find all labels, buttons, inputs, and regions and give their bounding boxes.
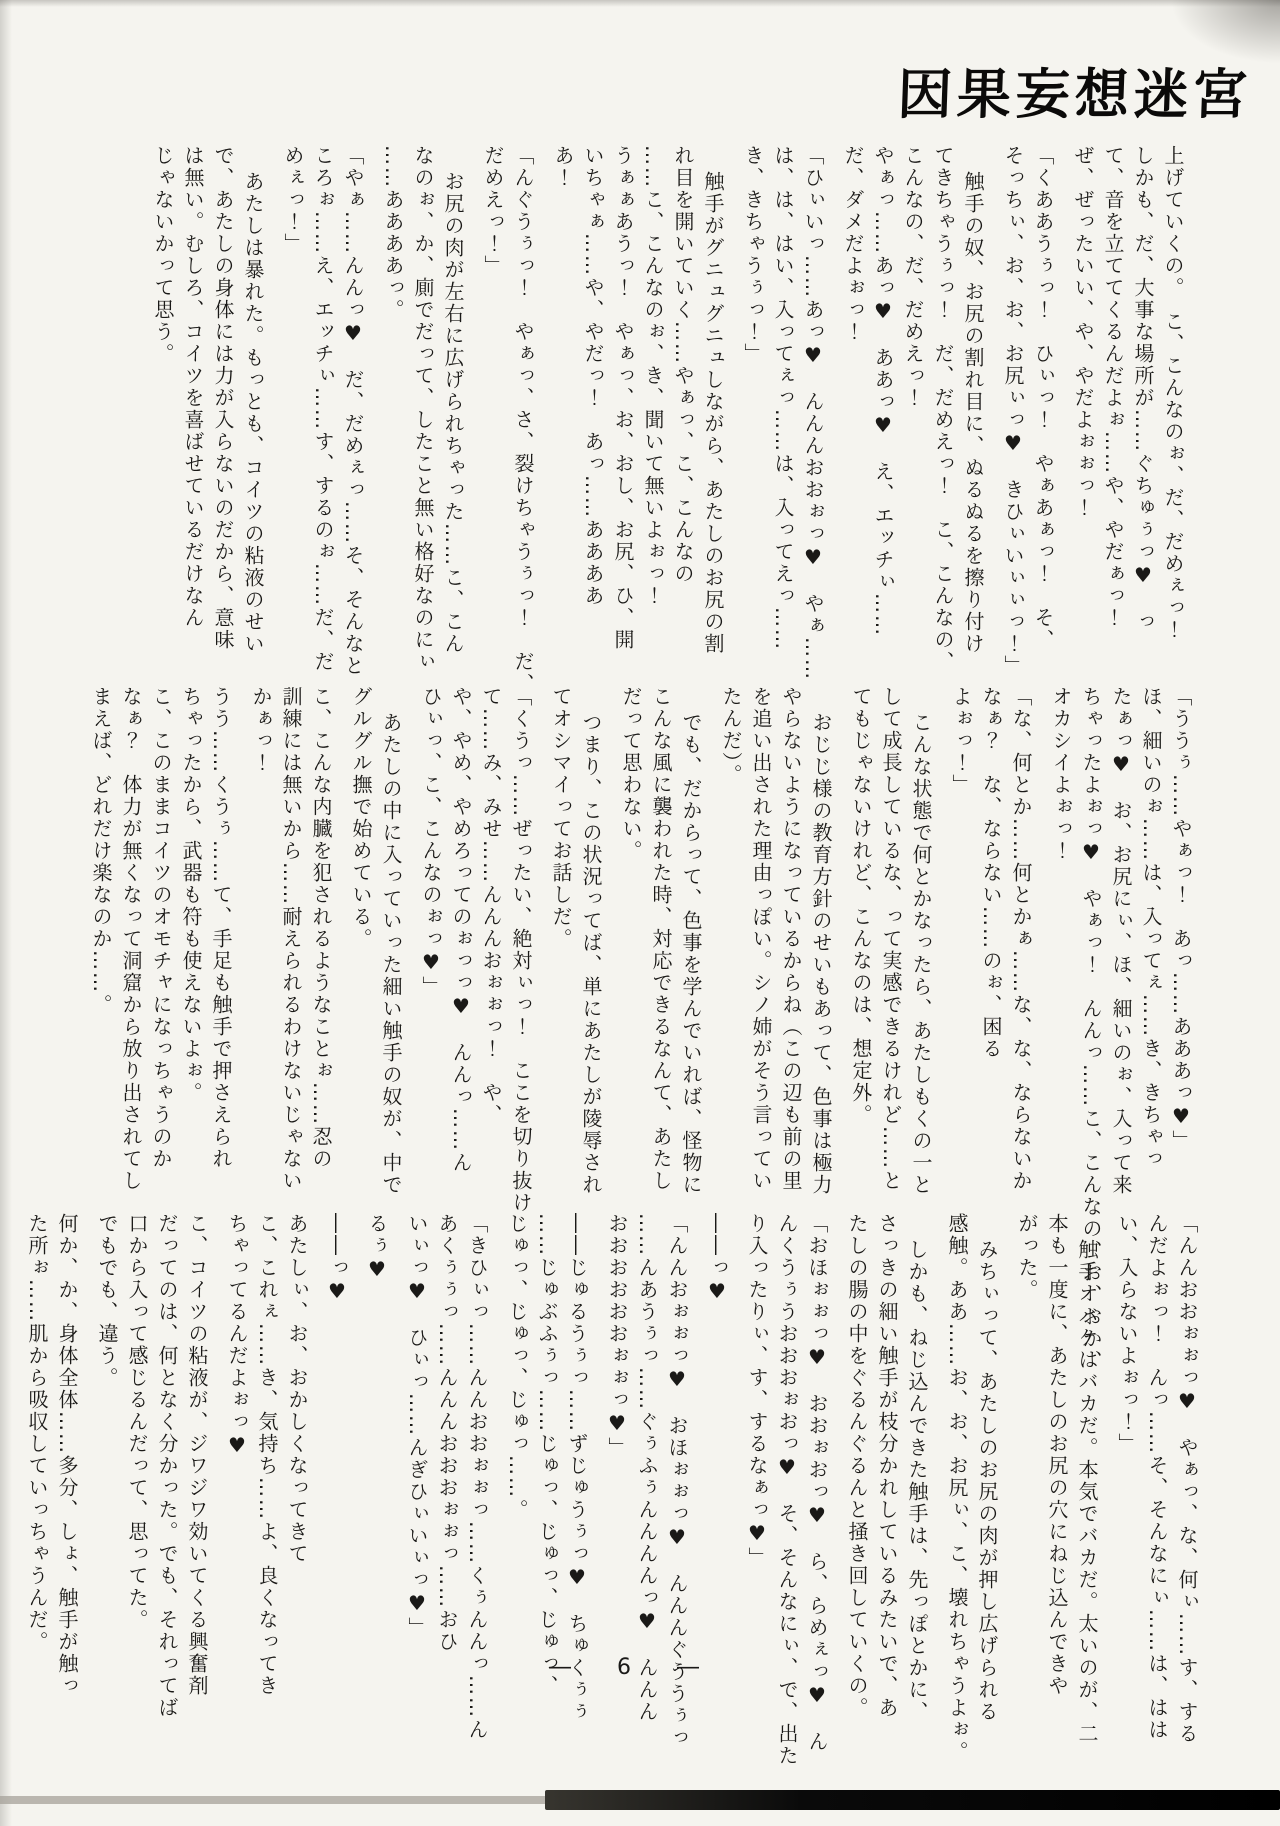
paragraph: おじじ様の教育方針のせいもあって、色事は極力やらないようになっているからね（この… xyxy=(716,686,836,1186)
text-band-2: 「ううぅ……やぁっ！ あっ……あああっ♥」ほ、細いのぉ……は、入ってぇ……き、き… xyxy=(76,686,1196,1186)
text-column: たんだ）。 xyxy=(716,686,746,1186)
text-column: て……み、みせ……んんんおぉぉっ！ や、 xyxy=(476,686,506,1186)
text-column: お尻の肉が左右に広げられちゃった……こ、こん xyxy=(438,145,468,676)
text-column: い、入らないよぉっ！」 xyxy=(1112,1213,1142,1713)
text-column: ――じゅるうぅっ……ずじゅうぅっ♥ ちゅくぅぅ xyxy=(562,1213,592,1713)
scan-artifact-top-edge xyxy=(0,0,1280,7)
paragraph: ――っ♥ xyxy=(702,1213,732,1713)
text-column: ……じゅぶふぅっ……じゅっ、じゅっ、じゅっ、 xyxy=(532,1213,562,1713)
paragraph: 「んんおぉぉっ♥ おほぉぉっ♥ んんんぐううぅっ……んあうぅっ……ぐぅふぅんんん… xyxy=(602,1213,692,1713)
text-column: 「んぐうぅっ！ やぁっ、さ、裂けちゃうぅっ！ だ、 xyxy=(508,145,538,650)
text-column: こんな状態で何とかなったら、あたしもくの一と xyxy=(906,686,936,1212)
text-column: ……こ、こんなのぉ、き、聞いて無いよぉっ！ xyxy=(638,145,668,650)
text-column: ……ああああっ。 xyxy=(378,145,408,650)
text-column: 上げていくの。 こ、こんなのぉ、だ、だめぇっ！ xyxy=(1158,145,1188,650)
text-column: あたしの中に入っていった細い触手の奴が、中で xyxy=(376,686,406,1212)
text-column: いぃっ♥ ひぃっ……んぎひぃいぃっ♥」 xyxy=(402,1213,432,1713)
paragraph: るぅ♥ xyxy=(362,1213,392,1713)
scan-artifact-bottom-bar xyxy=(545,1790,1280,1810)
text-column: あたしぃ、お、おかしくなってきて xyxy=(282,1213,312,1713)
text-column: んだよぉっ！ んっ……そ、そんなにぃ……は、はは xyxy=(1142,1213,1172,1713)
text-column: 訓練には無いから……耐えられるわけないじゃない xyxy=(276,686,306,1186)
text-column: てもじゃないけれど、こんなのは、想定外。 xyxy=(846,686,876,1186)
text-column: 触手オバケはバカだ。本気でバカだ。太いのが、二 xyxy=(1072,1213,1102,1739)
text-column: こんな風に襲われた時、対応できるなんて、あたし xyxy=(646,686,676,1186)
text-column: たぁっ♥ お、お尻にぃ、ほ、細いのぉ、入って来 xyxy=(1106,686,1136,1186)
text-column: みちぃって、あたしのお尻の肉が押し広げられる xyxy=(972,1213,1002,1739)
text-band-3: 「んんおおぉぉっ♥ やぁっ、な、何ぃ……す、するんだよぉっ！ んっ……そ、そんな… xyxy=(12,1213,1202,1713)
text-column: じゅっ、じゅっ、じゅっ……。 xyxy=(502,1213,532,1713)
text-column: やらないようになっているからね（この辺も前の里 xyxy=(776,686,806,1186)
text-column: は、は、はい、入ってぇっ……は、入ってえっ…… xyxy=(768,145,798,650)
text-column: ちゃったから、武器も符も使えないよぉ。 xyxy=(176,686,206,1186)
text-column: ――っ♥ xyxy=(322,1213,352,1713)
text-column: てきちゃうぅっ！ だ、だめえっ！ こ、こんなの、 xyxy=(928,145,958,650)
text-column: なのぉ、か、廁でだって、したこと無い格好なのにぃ xyxy=(408,145,438,650)
text-column: んくうぅうおおおぉおっ♥ そ、そんなにぃ、で、出た xyxy=(772,1213,802,1713)
paragraph: 「きひぃっ……んんおおぉぉっ……くぅんんっ……んあくぅぅっ……んんんおおおぉぉっ… xyxy=(402,1213,492,1713)
text-column: おおおおおおぉぉっ♥」 xyxy=(602,1213,632,1713)
text-column: るぅ♥ xyxy=(362,1213,392,1713)
paragraph: 「んぐうぅっ！ やぁっ、さ、裂けちゃうぅっ！ だ、だめえっ！」 xyxy=(478,145,538,650)
scan-artifact-bottom-line xyxy=(0,1796,565,1804)
text-column: ころぉ……え、エッチぃ……す、するのぉ……だ、だ xyxy=(308,145,338,650)
paragraph: 「んんおおぉぉっ♥ やぁっ、な、何ぃ……す、するんだよぉっ！ んっ……そ、そんな… xyxy=(1112,1213,1202,1713)
text-column: しかも、ねじ込んできた触手は、先っぽとかに、 xyxy=(902,1213,932,1739)
text-column: うぁぁあうっ！ やぁっ、お、おし、お尻、ひ、開 xyxy=(608,145,638,650)
paragraph: 何か、か、身体全体……多分、しょ、触手が触った所ぉ……肌から吸収していっちゃうん… xyxy=(22,1213,82,1713)
text-column: こ、こんな内臓を犯されるようなことぉ……忍の xyxy=(306,686,336,1186)
text-column: ……んあうぅっ……ぐぅふぅんんんんっ♥ んんん xyxy=(632,1213,662,1713)
text-band-1: 上げていくの。 こ、こんなのぉ、だ、だめぇっ！しかも、だ、大事な場所が……ぐちゅ… xyxy=(138,145,1188,650)
text-column: てオシマイってお話しだ。 xyxy=(546,686,576,1186)
paragraph: でも、だからって、色事を学んでいれば、怪物にこんな風に襲われた時、対応できるなん… xyxy=(616,686,706,1186)
text-column: 「んんおおぉぉっ♥ やぁっ、な、何ぃ……す、する xyxy=(1172,1213,1202,1713)
paragraph: ――っ♥ xyxy=(322,1213,352,1713)
text-column: でもでも、違う。 xyxy=(92,1213,122,1713)
paragraph: 「やぁ……んんっ♥ だ、だめぇっ……そ、そんなところぉ……え、エッチぃ……す、す… xyxy=(278,145,368,650)
text-column: ひぃっ、こ、こんなのぉっ♥」 xyxy=(416,686,446,1186)
text-column: じゃないかって思う。 xyxy=(148,145,178,650)
scan-artifact-left-edge xyxy=(0,0,12,1826)
paragraph: こ、コイツの粘液が、ジワジワ効いてくる興奮剤だってのは、何となく分かった。でも、… xyxy=(92,1213,212,1713)
text-column: 「きひぃっ……んんおおぉぉっ……くぅんんっ……ん xyxy=(462,1213,492,1713)
text-column: だって思わない。 xyxy=(616,686,646,1186)
paragraph: あたしぃ、お、おかしくなってきてこ、これぇ……き、気持ち……よ、良くなってきちゃ… xyxy=(222,1213,312,1713)
text-column: 本も一度に、あたしのお尻の穴にねじ込んできや xyxy=(1042,1213,1072,1713)
text-column: かぁっ！ xyxy=(246,686,276,1186)
text-column: れ目を開いていく……やぁっ、こ、こんなの xyxy=(668,145,698,650)
text-column: や、やめ、やめろってのぉっっ♥ んんっ……ん xyxy=(446,686,476,1186)
paragraph: あたしの中に入っていった細い触手の奴が、中でグルグル撫で始めている。 xyxy=(346,686,406,1186)
paragraph: つまり、この状況ってば、単にあたしが陵辱されてオシマイってお話しだ。 xyxy=(546,686,606,1186)
paragraph: みちぃって、あたしのお尻の肉が押し広げられる感触。ああ……お、お、お尻ぃ、こ、壊… xyxy=(942,1213,1002,1713)
paragraph: 触手オバケはバカだ。本気でバカだ。太いのが、二本も一度に、あたしのお尻の穴にねじ… xyxy=(1012,1213,1102,1713)
paragraph: こんな状態で何とかなったら、あたしもくの一として成長しているな、って実感できるけ… xyxy=(846,686,936,1186)
text-column: つまり、この状況ってば、単にあたしが陵辱され xyxy=(576,686,606,1212)
paragraph: こ、こんな内臓を犯されるようなことぉ……忍の訓練には無いから……耐えられるわけな… xyxy=(246,686,336,1186)
scanned-doujinshi-page: 因果妄想迷宮 上げていくの。 こ、こんなのぉ、だ、だめぇっ！しかも、だ、大事な場… xyxy=(0,0,1280,1826)
text-column: 「んんおぉぉっ♥ おほぉぉっ♥ んんんぐううぅっ xyxy=(662,1213,692,1713)
paragraph: 「な、何とか……何とかぁ……な、な、ならないかなぁ？ な、ならない……のぉ、困る… xyxy=(946,686,1036,1186)
text-column: しかも、だ、大事な場所が……ぐちゅぅっ♥ っ xyxy=(1128,145,1158,650)
text-column: あたしは暴れた。もっとも、コイツの粘液のせい xyxy=(238,145,268,676)
text-column: 「ううぅ……やぁっ！ あっ……あああっ♥」 xyxy=(1166,686,1196,1186)
text-column: で、あたしの身体には力が入らないのだから、意味 xyxy=(208,145,238,650)
text-column: めぇっ！」 xyxy=(278,145,308,650)
text-column: たしの腸の中をぐるんぐるんと掻き回していくの。 xyxy=(842,1213,872,1713)
paragraph: ――じゅるうぅっ……ずじゅうぅっ♥ ちゅくぅぅ……じゅぶふぅっ……じゅっ、じゅっ… xyxy=(502,1213,592,1713)
text-column: よぉっ！」 xyxy=(946,686,976,1186)
text-column: 「やぁ……んんっ♥ だ、だめぇっ……そ、そんなと xyxy=(338,145,368,650)
paragraph: 触手の奴、お尻の割れ目に、ぬるぬるを擦り付けてきちゃうぅっ！ だ、だめえっ！ こ… xyxy=(838,145,988,650)
text-column: そっちぃ、お、お、お尻ぃっ♥ きひぃいぃぃっ！」 xyxy=(998,145,1028,650)
page-title: 因果妄想迷宮 xyxy=(897,52,1254,129)
text-column: を追い出された理由っぽい。シノ姉がそう言ってい xyxy=(746,686,776,1186)
text-column: やぁっ……あっ♥ ああっ♥ え、エッチぃ…… xyxy=(868,145,898,650)
text-column: 「おほぉぉっ♥ おおぉおっ♥ ら、らめぇっ♥ ん xyxy=(802,1213,832,1713)
text-column: オカシイよぉっ！ xyxy=(1046,686,1076,1186)
text-column: ほ、細いのぉ……は、入ってぇ……き、きちゃっ xyxy=(1136,686,1166,1186)
text-column: だってのは、何となく分かった。でも、それってば xyxy=(152,1213,182,1713)
text-column: いちゃぁ……や、やだっ！ あっ……ああああ xyxy=(578,145,608,650)
text-column: がった。 xyxy=(1012,1213,1042,1713)
text-column: だめえっ！」 xyxy=(478,145,508,650)
text-column: して成長しているな、って実感できるけれど……と xyxy=(876,686,906,1186)
paragraph: しかも、ねじ込んできた触手は、先っぽとかに、さっきの細い触手が枝分かれしているみ… xyxy=(842,1213,932,1713)
text-column: こ、これぇ……き、気持ち……よ、良くなってき xyxy=(252,1213,282,1713)
text-column: なぁ？ な、ならない……のぉ、困る xyxy=(976,686,1006,1186)
paragraph: 「くああうぅっ！ ひぃっ！ やぁあぁっ！ そ、そっちぃ、お、お、お尻ぃっ♥ きひ… xyxy=(998,145,1058,650)
text-column: うう……くうぅ……て、手足も触手で押さえられ xyxy=(206,686,236,1186)
text-column: こんなの、だ、だめえっ！ xyxy=(898,145,928,650)
text-column: 感触。ああ……お、お、お尻ぃ、こ、壊れちゃうよぉ。 xyxy=(942,1213,972,1713)
text-column: さっきの細い触手が枝分かれしているみたいで、あ xyxy=(872,1213,902,1713)
text-column: こ、コイツの粘液が、ジワジワ効いてくる興奮剤 xyxy=(182,1213,212,1713)
text-column: ――っ♥ xyxy=(702,1213,732,1713)
paragraph: 「くうっ……ぜったい、絶対ぃっ！ ここを切り抜けて……み、みせ……んんんおぉぉっ… xyxy=(416,686,536,1186)
text-column: なぁ？ 体力が無くなって洞窟から放り出されてし xyxy=(116,686,146,1186)
text-column: 口から入って感じるんだって、思ってた。 xyxy=(122,1213,152,1713)
text-column: 触手がグニュグニュしながら、あたしのお尻の割 xyxy=(698,145,728,676)
text-column: は無い。むしろ、コイツを喜ばせているだけなん xyxy=(178,145,208,650)
text-column: まえば、どれだけ楽なのか……。 xyxy=(86,686,116,1186)
text-column: ちゃったよぉっ♥ やぁっ！ んんっ……こ、こんなの、お、おか、 xyxy=(1076,686,1106,1186)
page-number: ― 6 ― xyxy=(530,1650,730,1681)
text-column: き、きちゃうぅっ！」 xyxy=(738,145,768,650)
text-column: ちゃってるんだよぉっ♥ xyxy=(222,1213,252,1713)
paragraph: お尻の肉が左右に広げられちゃった……こ、こんなのぉ、か、廁でだって、したこと無い… xyxy=(378,145,468,650)
text-column: だ、ダメだよぉっ！ xyxy=(838,145,868,650)
text-column: ぜ、ぜったいい、や、やだよぉぉっ！ xyxy=(1068,145,1098,650)
paragraph: 触手がグニュグニュしながら、あたしのお尻の割れ目を開いていく……やぁっ、こ、こん… xyxy=(548,145,728,650)
text-column: おじじ様の教育方針のせいもあって、色事は極力 xyxy=(806,686,836,1212)
text-column: 「ひぃいっ……あっ♥ んんんおおぉっ♥ やぁ…… xyxy=(798,145,828,650)
paragraph: 「ひぃいっ……あっ♥ んんんおおぉっ♥ やぁ……は、は、はい、入ってぇっ……は、… xyxy=(738,145,828,650)
text-column: 「な、何とか……何とかぁ……な、な、ならないか xyxy=(1006,686,1036,1186)
text-column: 何か、か、身体全体……多分、しょ、触手が触っ xyxy=(52,1213,82,1713)
paragraph: 「おほぉぉっ♥ おおぉおっ♥ ら、らめぇっ♥ んんくうぅうおおおぉおっ♥ そ、そ… xyxy=(742,1213,832,1713)
text-column: こ、このままコイツのオモチャになっちゃうのか xyxy=(146,686,176,1186)
text-column: て、音を立ててくるんだよぉ……や、やだぁっ！ xyxy=(1098,145,1128,650)
paragraph: うう……くうぅ……て、手足も触手で押さえられちゃったから、武器も符も使えないよぉ… xyxy=(86,686,236,1186)
text-column: でも、だからって、色事を学んでいれば、怪物に xyxy=(676,686,706,1212)
text-column: 触手の奴、お尻の割れ目に、ぬるぬるを擦り付け xyxy=(958,145,988,676)
text-column: あ！ xyxy=(548,145,578,650)
text-column: あくぅぅっ……んんんおおおぉぉっ……おひ xyxy=(432,1213,462,1713)
text-column: グルグル撫で始めている。 xyxy=(346,686,376,1186)
text-column: た所ぉ……肌から吸収していっちゃうんだ。 xyxy=(22,1213,52,1713)
paragraph: あたしは暴れた。もっとも、コイツの粘液のせいで、あたしの身体には力が入らないのだ… xyxy=(148,145,268,650)
paragraph: 「ううぅ……やぁっ！ あっ……あああっ♥」ほ、細いのぉ……は、入ってぇ……き、き… xyxy=(1046,686,1196,1186)
text-column: り入ったりぃ、す、するなぁっ♥」 xyxy=(742,1213,772,1713)
paragraph: 上げていくの。 こ、こんなのぉ、だ、だめぇっ！しかも、だ、大事な場所が……ぐちゅ… xyxy=(1068,145,1188,650)
text-column: 「くうっ……ぜったい、絶対ぃっ！ ここを切り抜け xyxy=(506,686,536,1186)
text-column: 「くああうぅっ！ ひぃっ！ やぁあぁっ！ そ、 xyxy=(1028,145,1058,650)
